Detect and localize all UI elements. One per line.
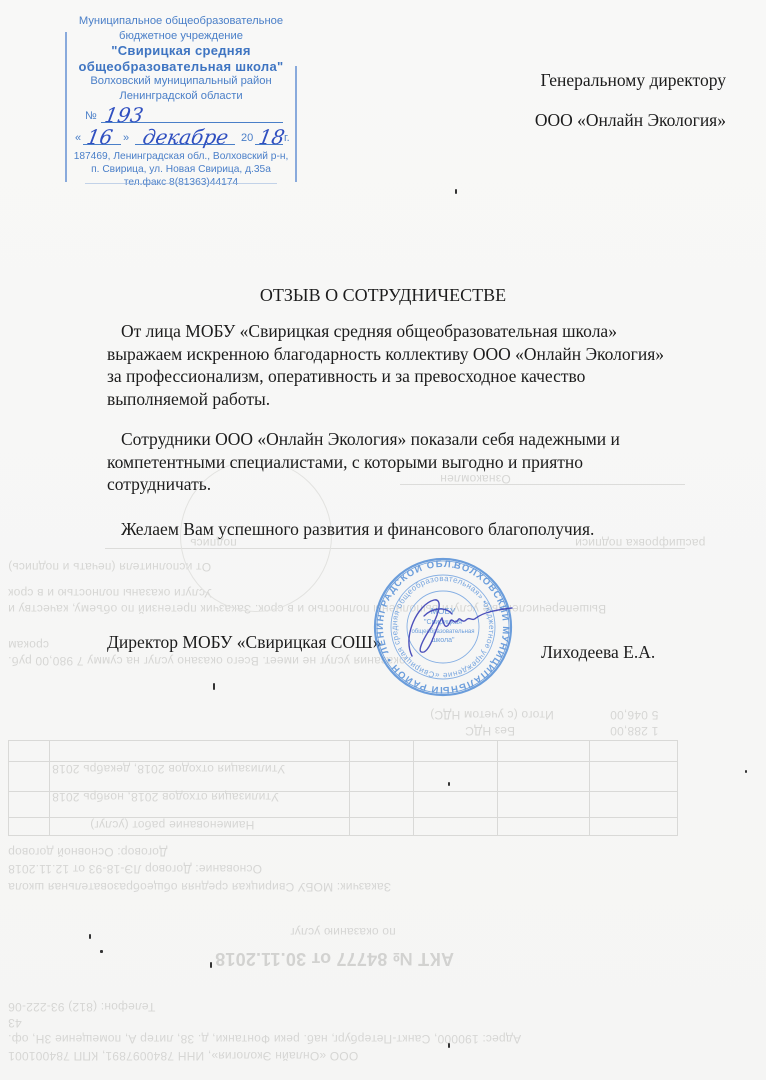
signatory-position: Директор МОБУ «Свирицкая СОШ» [107,632,381,653]
stamp-date-field: « 16 » декабре 20 18 г. [65,125,297,147]
year-label: г. [284,132,290,144]
text-line: От лица МОБУ «Свирицкая средняя общеобра… [107,320,727,343]
signatory-name: Лиходеева Е.А. [541,642,655,663]
text-line: Сотрудники ООО «Онлайн Экология» показал… [107,428,727,451]
year-prefix: 20 [241,132,253,144]
handwritten-month: декабре [141,127,230,147]
corner-registration-stamp: Муниципальное общеобразовательное бюджет… [65,14,297,184]
scan-speck [210,962,212,968]
text-line: выполняемой работы. [107,388,727,411]
scan-speck [448,1043,450,1048]
svg-text:бюджетное учреждение «Свирицка: бюджетное учреждение «Свирицкая средняя … [372,556,514,698]
paragraph-wishes: Желаем Вам успешного развития и финансов… [107,518,727,541]
stamp-border-bottom [85,183,277,184]
svg-text:школа": школа" [432,637,455,644]
scan-speck [89,934,91,939]
scan-speck [448,782,450,786]
text-line: за профессионализм, оперативность и за п… [107,365,727,388]
number-label: № [85,110,97,122]
paragraph-gratitude: От лица МОБУ «Свирицкая средняя общеобра… [107,320,727,410]
stamp-address-line-2: п. Свирица, ул. Новая Свирица, д.35а [65,163,297,176]
stamp-org-line-2: бюджетное учреждение [65,29,297,44]
scan-speck [745,770,747,773]
text-line: выражаем искренною благодарность коллект… [107,343,727,366]
document-title: ОТЗЫВ О СОТРУДНИЧЕСТВЕ [0,285,766,306]
stamp-org-line-4: общеобразовательная школа" [65,59,297,75]
handwritten-year: 18 [257,127,286,147]
stamp-number-field: № 193 [65,103,297,125]
stamp-org-line-5: Волховский муниципальный район [65,74,297,89]
addressee-company: ООО «Онлайн Экология» [500,100,732,140]
stamp-org-line-3: "Свирицкая средняя [65,43,297,59]
seal-icon: ВОЛХОВСКИЙ МУНИЦИПАЛЬНЫЙ РАЙОН • ЛЕНИНГР… [372,556,514,698]
addressee-block: Генеральному директору ООО «Онлайн Эколо… [500,60,732,140]
paragraph-employees: Сотрудники ООО «Онлайн Экология» показал… [107,428,727,496]
svg-text:общеобразовательная: общеобразовательная [411,629,474,635]
stamp-address-line-1: 187469, Ленинградская обл., Волховский р… [65,150,297,163]
official-round-seal: ВОЛХОВСКИЙ МУНИЦИПАЛЬНЫЙ РАЙОН • ЛЕНИНГР… [372,556,514,698]
date-close-quote: » [123,132,129,144]
scan-speck [213,683,215,690]
date-open-quote: « [75,132,81,144]
text-line: Желаем Вам успешного развития и финансов… [107,518,727,541]
stamp-org-line-6: Ленинградской области [65,89,297,104]
text-line: сотрудничать. [107,473,727,496]
handwritten-number: 193 [103,105,145,125]
scan-speck [100,950,103,953]
handwritten-day: 16 [85,127,114,147]
scan-speck [455,189,457,194]
addressee-position: Генеральному директору [500,60,732,100]
stamp-org-line-1: Муниципальное общеобразовательное [65,14,297,29]
text-line: компетентными специалистами, с которыми … [107,451,727,474]
